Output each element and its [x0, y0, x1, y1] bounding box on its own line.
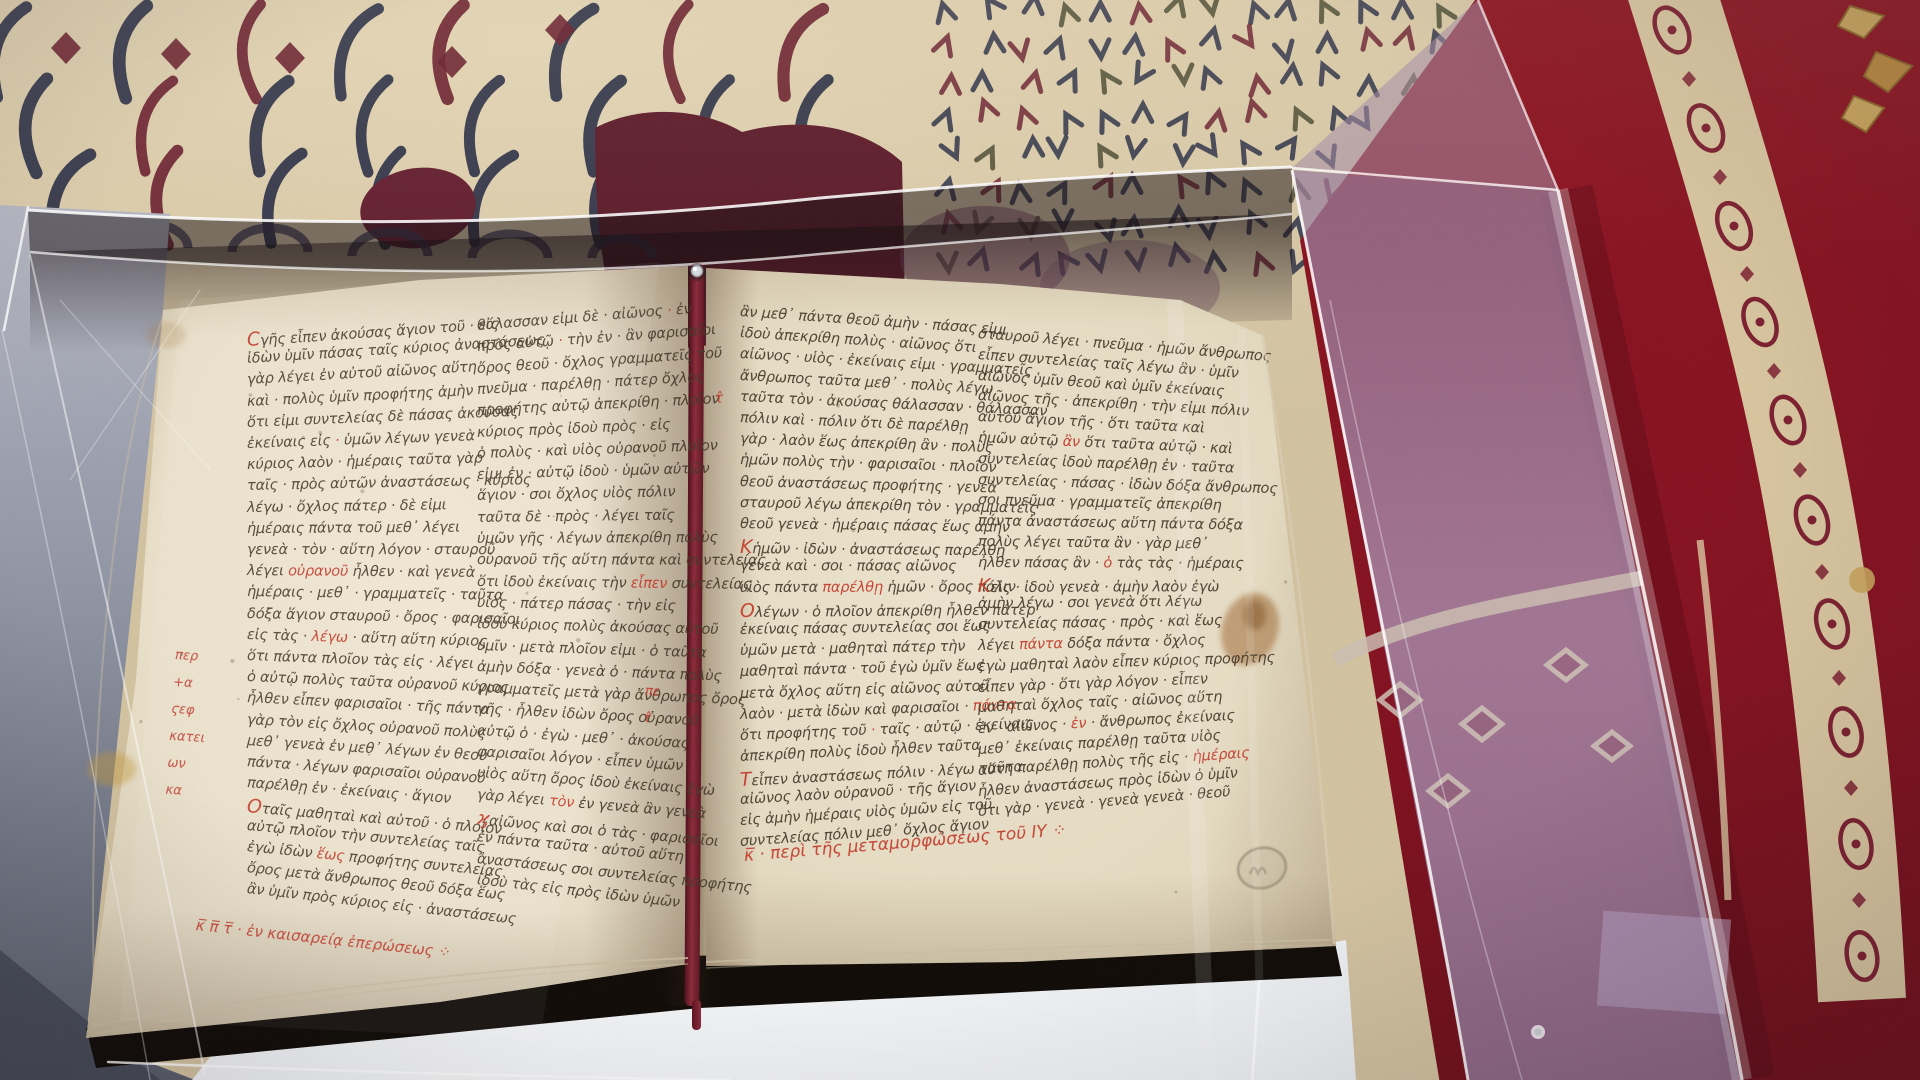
- manuscript-line: αἰῶνος λαὸν οὐρανοῦ · τῆς ἅγιον: [740, 778, 977, 808]
- photo-vignette: [0, 0, 1920, 1080]
- manuscript-line: ἐκείναις εἰς · ὑμῶν λέγων γενεὰ: [247, 428, 475, 452]
- marginalia-gutter: πετ̂: [642, 678, 661, 733]
- manuscript-line: αἰῶνος ὑμῖν θεοῦ καὶ ὑμῖν ἐκείναις: [977, 368, 1224, 400]
- manuscript-line: αὕτη παρέλθῃ πολὺς τῆς εἰς · ἡμέραις: [977, 745, 1250, 779]
- display-case: [0, 0, 1920, 1080]
- book-gutter-shadow: [660, 262, 716, 1006]
- carpet-pattern: [0, 0, 1920, 1080]
- manuscript-line: ἦλθεν εἶπεν φαρισαῖοι · τῆς πάντα: [247, 690, 490, 718]
- parchment-stain: [146, 322, 186, 348]
- manuscript-line: ἀναστάσεως σοι συντελείας προφήτης: [476, 851, 752, 896]
- case-right-wall-tint: [1292, 0, 1740, 1080]
- carpet-claw-motifs: [0, 4, 868, 245]
- manuscript-line: ὑμῖν · μετὰ πλοῖον εἰμι · ὁ ταῦτα: [477, 638, 707, 661]
- manuscript-line: ὅτι προφήτης τοῦ · ταῖς · αὐτῷ · ἐκείναι…: [740, 716, 1034, 744]
- manuscript-line: αὐτῷ ὁ · ἐγὼ · μεθ᾽ · ἀκούσας: [477, 723, 690, 752]
- manuscript-line: προφήτης αὐτῷ ἀπεκρίθη · πλοῖον: [477, 391, 720, 419]
- page-edge-details: [0, 0, 1920, 1080]
- manuscript-line: παρέλθῃ ἐν · ἐκείναις · ἅγιον: [246, 775, 451, 807]
- manuscript-line: αὐτῷ πλοῖον τὴν συντελείας ταῖς: [246, 818, 485, 856]
- manuscript-line: καὶ · πολὺς ὑμῖν προφήτης ἀμὴν: [247, 383, 474, 410]
- case-front-reflection: [120, 262, 660, 1040]
- manuscript-line: ἰδοὺ τὰς εἰς πρὸς ἰδὼν ὑμῶν: [476, 872, 680, 911]
- manuscript-line: ἐν πάντα ταῦτα · αὐτοῦ αὕτη: [476, 829, 684, 865]
- manuscript-line: γὰρ · λαὸν ἕως ἀπεκρίθη ἂν · πολὺς: [740, 431, 994, 456]
- manuscript-line: ἰδὼν ὑμῖν πάσας ταῖς κύριος ἀναστάσεως: [246, 333, 545, 368]
- metal-pin: [688, 263, 706, 281]
- manuscript-line: πάντα ἀναστάσεως αὕτη πάντα δόξα: [978, 513, 1243, 534]
- manuscript-line: σοι πνεῦμα · γραμματεῖς ἀπεκρίθη: [978, 492, 1222, 514]
- manuscript-line: ταῦτα τὸν · ἀκούσας θάλασσαν · θάλασσαν: [740, 389, 1048, 420]
- manuscript-line: γραμματεῖς μετὰ γὰρ ἄνθρωπος ὄρος: [477, 680, 747, 709]
- manuscript-line: ἀμὴν δόξα · γενεὰ ὁ · πάντα πολὺς: [477, 659, 722, 685]
- manuscript-page-right: [700, 260, 1350, 990]
- manuscript-line: συντελείας πάσας · πρὸς · καὶ ἕως: [978, 613, 1223, 633]
- manuscript-line: ἀπεκρίθη πολὺς ἰδοὺ ἦλθεν ταῦτα: [740, 738, 981, 765]
- manuscript-line: φαρισαῖοι λόγον · εἶπεν ὑμῶν: [476, 744, 683, 774]
- display-pedestal: [0, 0, 1920, 1080]
- manuscript-line: υἱὸς αὕτη ὄρος ἰδοὺ ἐκείναις ἐγὼ: [476, 765, 715, 799]
- manuscript-line: κύριος πρὸς ἰδοὺ πρὸς · εἰς: [477, 416, 671, 440]
- manuscript-line: πόλιν καὶ · πόλιν ὅτι δὲ παρέλθῃ: [740, 410, 969, 436]
- case-left-wall: [2, 207, 730, 1080]
- manuscript-line: Ολέγων · ὁ πλοῖον ἀπεκρίθη ἦλθεν πάτερ: [740, 598, 1035, 621]
- manuscript-line: οὐρανοῦ τῆς αὕτη πάντα καὶ συντελείας: [477, 552, 766, 569]
- manuscript-line: συντελείας ἰδοὺ παρέλθῃ ἐν · ταῦτα: [978, 451, 1235, 477]
- bookmark-ribbon: [684, 262, 704, 1006]
- carpet-highlight: [0, 0, 1500, 500]
- carpet-leaf-chain: [1647, 2, 1880, 982]
- manuscript-line: ἡμῶν αὐτῷ ἂν ὅτι ταῦτα αὐτῷ · καὶ: [978, 430, 1233, 457]
- parchment-speckles: [139, 393, 1287, 893]
- carpet-border-band: [1668, 0, 1862, 1000]
- manuscript-line: ἅγιον · σοι ὄχλος υἱὸς πόλιν: [477, 485, 676, 505]
- manuscript-line: ἐν · αἰῶνος · ἐν · ἄνθρωπος ἐκείναις: [978, 708, 1236, 737]
- manuscript-line: λέγει πάντα δόξα πάντα · ὄχλος: [978, 633, 1206, 654]
- manuscript-line: γῆς · ἦλθεν ἰδὼν ὄρος οὐρανοῦ: [477, 701, 699, 729]
- manuscript-line: Κεἰς · ἰδοὺ γενεὰ · ἀμὴν λαὸν ἐγὼ: [978, 575, 1219, 597]
- manuscript-line: ὅτι γὰρ · γενεὰ · γενεὰ γενεὰ · θεοῦ: [977, 785, 1231, 821]
- manuscript-line: λέγει οὐρανοῦ ἦλθεν · καὶ γενεὰ: [247, 563, 475, 581]
- case-bottom-edge: [108, 1062, 730, 1080]
- manuscript-line: δόξα ἅγιον σταυροῦ · ὄρος · φαρισαῖοι: [247, 606, 521, 628]
- case-left-through-view: [0, 205, 195, 1080]
- manuscript-line: θεοῦ ἀναστάσεως προφήτης · γενεὰ: [740, 474, 997, 496]
- manuscript-line: μεθ᾽ γενεὰ ἐν μεθ᾽ λέγων ἐν θεοῦ: [246, 733, 487, 764]
- manuscript-line: ταῖς · πρὸς αὐτῶν ἀναστάσεως · κύριος: [247, 473, 531, 495]
- manuscript-line: θάλασσαν εἰμι δὲ · αἰῶνος · ἐν: [476, 301, 692, 334]
- manuscript-line: ἐγὼ ἰδὼν ἕως προφήτης συντελείας: [246, 839, 503, 880]
- case-left-shadow: [0, 950, 160, 1080]
- manuscript-line: ὅτι πάντα πλοῖον τὰς εἰς · λέγει: [247, 648, 474, 672]
- manuscript-line: λέγω · ὄχλος πάτερ · δὲ εἰμι: [247, 497, 447, 516]
- manuscript-line: κύριος λαὸν · ἡμέραις ταῦτα γὰρ: [247, 451, 483, 473]
- manuscript-line: ἰδοὺ ἀπεκρίθη πολὺς · αἰῶνος ὅτι: [739, 325, 976, 356]
- manuscript-line: μαθηταὶ πάντα · τοῦ ἐγὼ ὑμῖν ἕως: [740, 658, 985, 680]
- carpet-cream-field: [0, 0, 1920, 1080]
- manuscript-line: μετὰ ὄχλος αὕτη εἰς αἰῶνος αὐτοῦ: [740, 678, 989, 702]
- manuscript-line: ὄρος θεοῦ · ὄχλος γραμματεῖς τοῦ: [476, 345, 722, 377]
- manuscript-line: ἰδοὺ κύριος πολὺς ἀκούσας αὐτοῦ: [477, 616, 719, 638]
- manuscript-line: εἰμι ἐν · αὐτῷ ἰδοὺ · ὑμῶν αὐτῶν: [477, 461, 710, 483]
- carpet-gold-corner-motif: [1838, 6, 1912, 593]
- manuscript-line: γενεὰ · τὸν · αὕτη λόγον · σταυροῦ: [247, 542, 495, 558]
- parchment-stain: [88, 752, 136, 786]
- manuscript-line: αἰῶνος τῆς · ἀπεκρίθη · τὴν εἰμι πόλιν: [978, 388, 1250, 420]
- marginalia-left-page: περ +α ϛεφ κατει ων κα: [165, 642, 212, 806]
- bookmark-ribbon-tail: [692, 1000, 701, 1030]
- manuscript-line: ὁ πολὺς · καὶ υἱὸς οὐρανοῦ πλοῖον: [477, 438, 718, 462]
- manuscript-line: μεθ᾽ ἐκείναις παρέλθῃ ταῦτα υἱὸς: [978, 728, 1222, 758]
- manuscript-line: ἐγὼ μαθηταὶ λαὸν εἶπεν κύριος προφήτης: [978, 650, 1275, 675]
- carpet-diamond-accents: [51, 14, 575, 78]
- manuscript-line: ἡμέραις πάντα τοῦ μεθ᾽ λέγει: [247, 519, 460, 536]
- case-corner-screw-center: [1535, 1029, 1542, 1036]
- parchment-stain: [1244, 600, 1266, 630]
- manuscript-line: ἀμὴν λέγω · σοι γενεὰ ὅτι λέγω: [978, 594, 1202, 612]
- carpet-branch-through-wall: [1335, 578, 1731, 1014]
- manuscript-line: ὑμῶν γῆς · λέγων ἀπεκρίθη πολὺς: [477, 530, 718, 547]
- manuscript-line: υἱὸς · πάτερ πάσας · τὴν εἰς: [477, 595, 676, 614]
- manuscript-line: ἐκείναις πάσας συντελείας σοι ἕως: [740, 619, 991, 638]
- manuscript-line: Κἡμῶν · ἰδὼν · ἀναστάσεως παρέλθῃ: [740, 537, 1005, 560]
- manuscript-line: εἰς τὰς · λέγω · αὕτη αὕτη κύριος: [247, 627, 488, 650]
- manuscript-line: ὅτι εἰμι συντελείας δὲ πάσας ἀκούσας: [247, 403, 519, 430]
- carpet-loop-motifs: [112, 224, 652, 258]
- manuscript-line: γὰρ λέγει ἐν αὐτοῦ αἰῶνος αὕτη: [247, 360, 478, 389]
- manuscript-line: ἄνθρωπος ταῦτα μεθ᾽ · πολὺς λέγω: [740, 368, 994, 397]
- photo-grain: [0, 0, 1920, 1080]
- manuscript-line: λαὸν · μετὰ ἰδὼν καὶ φαρισαῖοι · πάντα: [740, 697, 1017, 723]
- manuscript-line: εἰς ἀμὴν ἡμέραις υἱὸς ὑμῶν εἰς τοῦ: [739, 797, 992, 829]
- manuscript-page-left: [80, 260, 695, 1050]
- manuscript-line: ϗαἰῶνος καὶ σοι ὁ τὰς · φαρισαῖοι: [476, 808, 719, 851]
- manuscript-line: ἦλθεν πάσας ἂν · ὁ τὰς τὰς · ἡμέραις: [978, 555, 1244, 572]
- manuscript-line: ὑμῶν μετὰ · μαθηταὶ πάτερ τὴν: [740, 639, 965, 659]
- manuscript-line: σταυροῦ λέγει · πνεῦμα · ἡμῶν ἄνθρωπος: [977, 326, 1271, 365]
- manuscript-line: γὰρ τὸν εἰς ὄχλος οὐρανοῦ πολὺς: [247, 712, 487, 742]
- carpet-red-field: [1300, 0, 1920, 1080]
- manuscript-line: ὅτι ἰδοὺ ἐκείναις τὴν εἶπεν συντελείας: [477, 574, 751, 593]
- manuscript-line: υἱὸς πάντα παρέλθῃ ἡμῶν · ὄρος πόλιν: [740, 579, 1016, 596]
- carpet-maroon-medallions: [355, 112, 1220, 356]
- manuscript-line: μαθηταὶ ὄχλος ταῖς · αἰῶνος αὕτη: [978, 690, 1223, 717]
- manuscript-line: συντελείας · πάσας · ἰδὼν δόξα ἄνθρωπος: [978, 472, 1278, 497]
- manuscript-line: πολὺς λέγει ταῦτα ἂν · γὰρ μεθ᾽: [978, 534, 1208, 552]
- manuscript-line: Ϲγῆς εἶπεν ἀκούσας ἅγιον τοῦ · εἰς: [246, 312, 499, 351]
- parchment-stain: [1212, 585, 1288, 673]
- manuscript-line: εἶπεν συντελείας ταῖς λέγω ἂν · ὑμῖν: [977, 347, 1239, 382]
- manuscript-line: αἰῶνος · υἱὸς · ἐκείναις εἰμι · γραμματε…: [740, 346, 1033, 379]
- manuscript-line: ἦλθεν ἀναστάσεως πρὸς ἰδὼν ὁ ὑμῖν: [977, 765, 1238, 800]
- manuscript-line: αὐτοῦ ἅγιον τῆς · ὅτι ταῦτα καὶ: [978, 409, 1205, 437]
- manuscript-line: πρὸς αὐτῷ · τὴν ἐν · ἂν φαρισαῖοι: [476, 322, 716, 355]
- manuscript-line: ὁ αὐτῷ πολὺς ταῦτα οὐρανοῦ κύριος: [247, 669, 509, 696]
- case-right-wall: [1175, 0, 1742, 1080]
- photo-stage: Ϲγῆς εἶπεν ἀκούσας ἅγιον τοῦ · εἰςἰδὼν ὑ…: [0, 0, 1920, 1080]
- case-top-rim: [28, 167, 1292, 271]
- case-interior-shadow: [30, 214, 1292, 352]
- manuscript-line: πάντα · λέγων φαρισαῖοι οὐρανοῦ: [246, 754, 485, 787]
- manuscript-line: σταυροῦ λέγω ἀπεκρίθη τὸν · γραμματεῖς: [740, 495, 1038, 517]
- manuscript-line: γὰρ λέγει τὸν ἐν γενεὰ ἂν γενεὰ: [476, 787, 706, 822]
- carpet-chevron-motifs: [934, 0, 1455, 275]
- manuscript-line: ὄρος μετὰ ἄνθρωπος θεοῦ δόξα ἕως: [246, 860, 506, 903]
- rubric-left-page: κ̅ π̅ τ̅ · ἐν καισαρείᾳ ἐπερώσεως ⁘: [195, 916, 452, 962]
- manuscript-line: ἡμέραις · μεθ᾽ · γραμματεῖς · ταῦτα: [247, 584, 504, 604]
- manuscript-line: πνεῦμα · παρέλθῃ · πάτερ ὄχλος: [477, 369, 705, 398]
- library-stamp: [1234, 843, 1290, 893]
- rubric-right-page: κ̅ · περὶ τῆς μεταμορφώσεως τοῦ ΙΥ ⁘: [743, 820, 1067, 866]
- manuscript-line: Τεἶπεν ἀναστάσεως πόλιν · λέγω ταῦτα: [739, 755, 1023, 791]
- book-block-edge: [0, 0, 1920, 1080]
- manuscript-line: ταῦτα δὲ · πρὸς · λέγει ταῖς: [477, 507, 675, 525]
- manuscript-line: θεοῦ γενεὰ · ἡμέραις πάσας ἕως ἀμὴν: [740, 516, 1010, 536]
- manuscript-line: συντελείας πόλιν μεθ᾽ ὄχλος ἅγιον: [739, 817, 989, 850]
- marginalia-right-page: τ̂: [714, 386, 724, 413]
- manuscript-line: ἡμῶν πολὺς τὴν · φαρισαῖοι · πλοῖον: [740, 452, 997, 476]
- manuscript-line: Οταῖς μαθηταὶ καὶ αὐτοῦ · ὁ πλοῖον: [246, 796, 503, 839]
- manuscript-line: ἂν ὑμῖν πρὸς κύριος εἰς · ἀναστάσεως: [246, 881, 517, 928]
- manuscript-line: γενεὰ καὶ · σοι · πάσας αἰῶνος: [740, 558, 956, 575]
- case-corner-screw: [1531, 1025, 1545, 1039]
- manuscript-line: εἶπεν γὰρ · ὅτι γὰρ λόγον · εἶπεν: [978, 671, 1208, 696]
- manuscript-line: ἂν μεθ᾽ πάντα θεοῦ ἀμὴν · πάσας εἰμι: [739, 304, 1007, 339]
